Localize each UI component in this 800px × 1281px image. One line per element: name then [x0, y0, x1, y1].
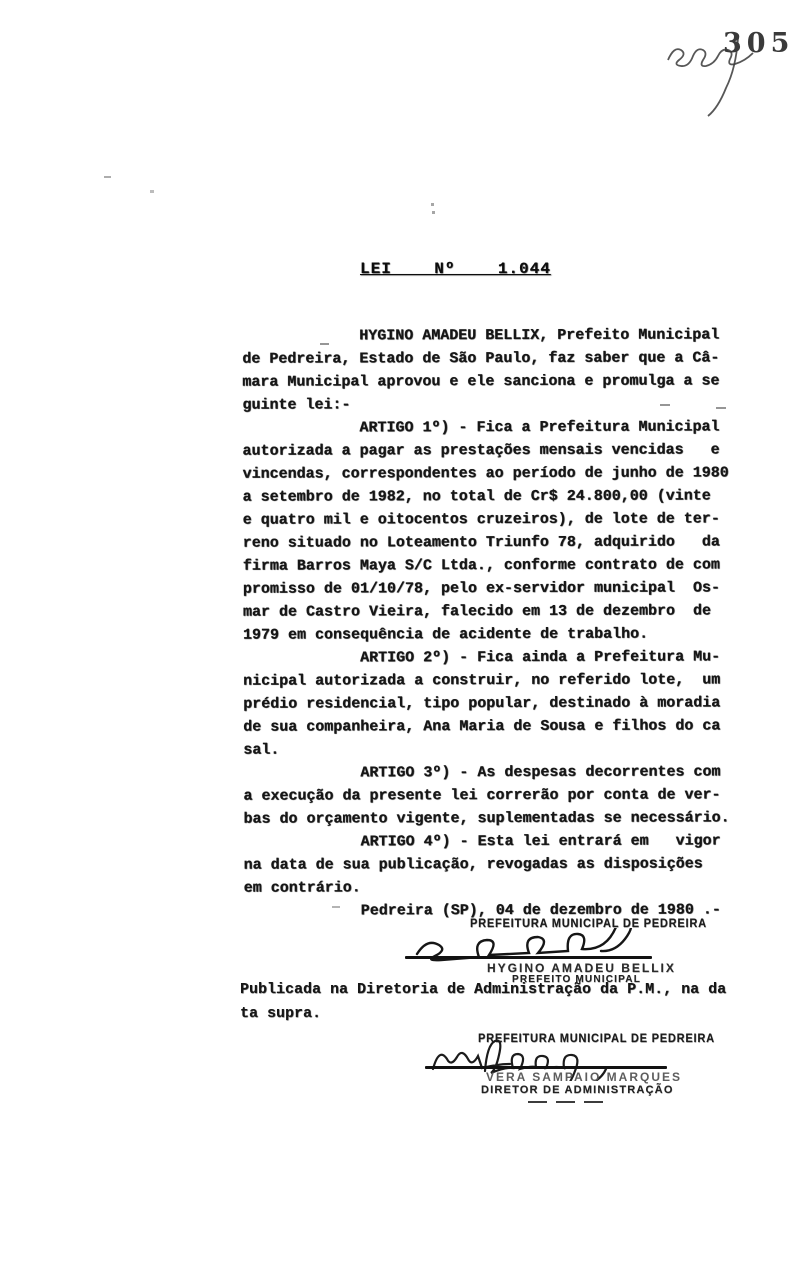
text-line: nicipal autorizada a construir, no refer…	[243, 668, 763, 692]
article-1-paragraph: ARTIGO 1º) - Fica a Prefeitura Municipal…	[242, 415, 763, 646]
text-line: de Pedreira, Estado de São Paulo, faz sa…	[242, 346, 762, 370]
law-title: LEI Nº 1.044	[360, 260, 551, 278]
text-line: e quatro mil e oitocentos cruzeiros), de…	[243, 507, 763, 531]
text-line: em contrário.	[244, 875, 764, 899]
text-line: autorizada a pagar as prestações mensais…	[243, 438, 763, 462]
text-line: prédio residencial, tipo popular, destin…	[243, 691, 763, 715]
director-name-block: VERA SAMPAIO MARQUES	[486, 1070, 682, 1084]
text-line: 1979 em consequência de acidente de trab…	[243, 622, 763, 646]
signature-underline	[425, 1066, 667, 1069]
text-line: a execução da presente lei correrão por …	[243, 783, 763, 807]
scan-artifact	[150, 190, 154, 193]
text-line: ARTIGO 3º) - As despesas decorrentes com	[243, 760, 763, 784]
text-line: promisso de 01/10/78, pelo ex-servidor m…	[243, 576, 763, 600]
text-line: HYGINO AMADEU BELLIX, Prefeito Municipal	[242, 323, 762, 347]
text-line: guinte lei:-	[242, 392, 762, 416]
scan-artifact	[104, 176, 111, 178]
signer-name: VERA SAMPAIO MARQUES	[486, 1070, 682, 1084]
document-body: HYGINO AMADEU BELLIX, Prefeito Municipal…	[242, 323, 764, 922]
signature-underline	[405, 956, 652, 959]
article-4-paragraph: ARTIGO 4º) - Esta lei entrará em vigor n…	[244, 829, 764, 899]
text-line: Publicada na Diretoria de Administração …	[240, 978, 726, 1002]
text-line: a setembro de 1982, no total de Cr$ 24.8…	[243, 484, 763, 508]
text-line: na data de sua publicação, revogadas as …	[244, 852, 764, 876]
text-line: ARTIGO 1º) - Fica a Prefeitura Municipal	[242, 415, 762, 439]
signer-name: HYGINO AMADEU BELLIX	[487, 961, 676, 975]
scan-artifact	[432, 211, 435, 214]
publication-note: Publicada na Diretoria de Administração …	[240, 978, 726, 1026]
scanned-document-page: 305 LEI Nº 1.044 HYGINO AMADEU BELLIX, P…	[0, 0, 800, 1281]
page-number-stamp: 305	[723, 28, 794, 59]
text-line: firma Barros Maya S/C Ltda., conforme co…	[243, 553, 763, 577]
text-line: reno situado no Loteamento Triunfo 78, a…	[243, 530, 763, 554]
text-line: sal.	[243, 737, 763, 761]
article-2-paragraph: ARTIGO 2º) - Fica ainda a Prefeitura Mu-…	[243, 645, 763, 761]
text-line: ARTIGO 4º) - Esta lei entrará em vigor	[244, 829, 764, 853]
text-line: ARTIGO 2º) - Fica ainda a Prefeitura Mu-	[243, 645, 763, 669]
text-line: vincendas, correspondentes ao período de…	[243, 461, 763, 485]
text-line: ta supra.	[240, 1002, 726, 1026]
text-line: de sua companheira, Ana Maria de Sousa e…	[243, 714, 763, 738]
signer-role: DIRETOR DE ADMINISTRAÇÃO	[481, 1084, 674, 1096]
mayor-name-block: HYGINO AMADEU BELLIX	[487, 961, 676, 975]
article-3-paragraph: ARTIGO 3º) - As despesas decorrentes com…	[243, 760, 763, 830]
text-line: bas do orçamento vigente, suplementadas …	[243, 806, 763, 830]
text-line: mar de Castro Vieira, falecido em 13 de …	[243, 599, 763, 623]
director-role-block: DIRETOR DE ADMINISTRAÇÃO	[481, 1084, 674, 1096]
stamp-flourish-dashes	[528, 1101, 603, 1103]
text-line: mara Municipal aprovou e ele sanciona e …	[242, 369, 762, 393]
intro-paragraph: HYGINO AMADEU BELLIX, Prefeito Municipal…	[242, 323, 762, 416]
scan-artifact	[431, 203, 434, 206]
